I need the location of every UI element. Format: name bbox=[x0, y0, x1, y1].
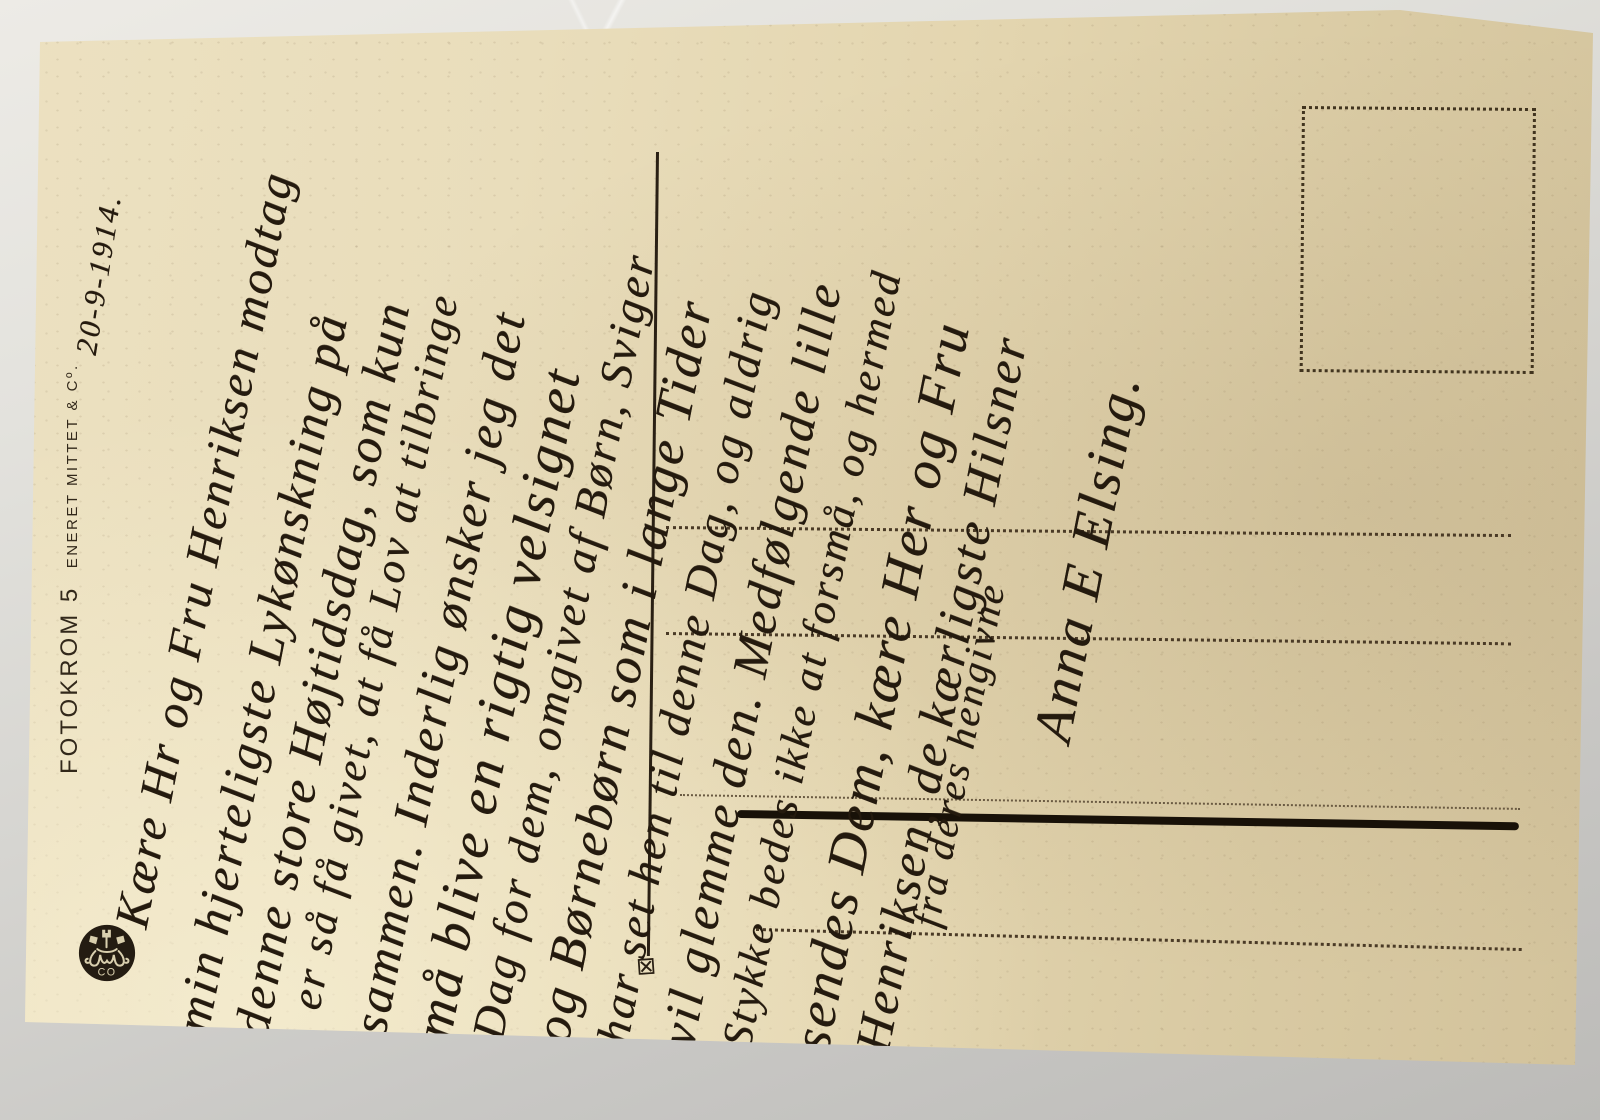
photo-backdrop: FOTOKROM 5 ENERET MITTET & Cº. CO ⊠ bbox=[0, 0, 1600, 1120]
edge-imprint-publisher: ENERET MITTET & Cº. bbox=[64, 363, 81, 568]
edge-imprint-series: FOTOKROM 5 bbox=[56, 586, 83, 774]
publisher-logo-text: CO bbox=[98, 966, 117, 978]
handwriting-signature: Anna E Elsing. bbox=[1020, 368, 1153, 747]
edge-imprint: FOTOKROM 5 ENERET MITTET & Cº. bbox=[56, 363, 84, 774]
handwriting-date: 20-9-1914. bbox=[70, 192, 129, 358]
stamp-box bbox=[1300, 106, 1536, 374]
publisher-logo-icon: CO bbox=[76, 922, 138, 984]
postcard: FOTOKROM 5 ENERET MITTET & Cº. CO ⊠ bbox=[0, 0, 1600, 1120]
